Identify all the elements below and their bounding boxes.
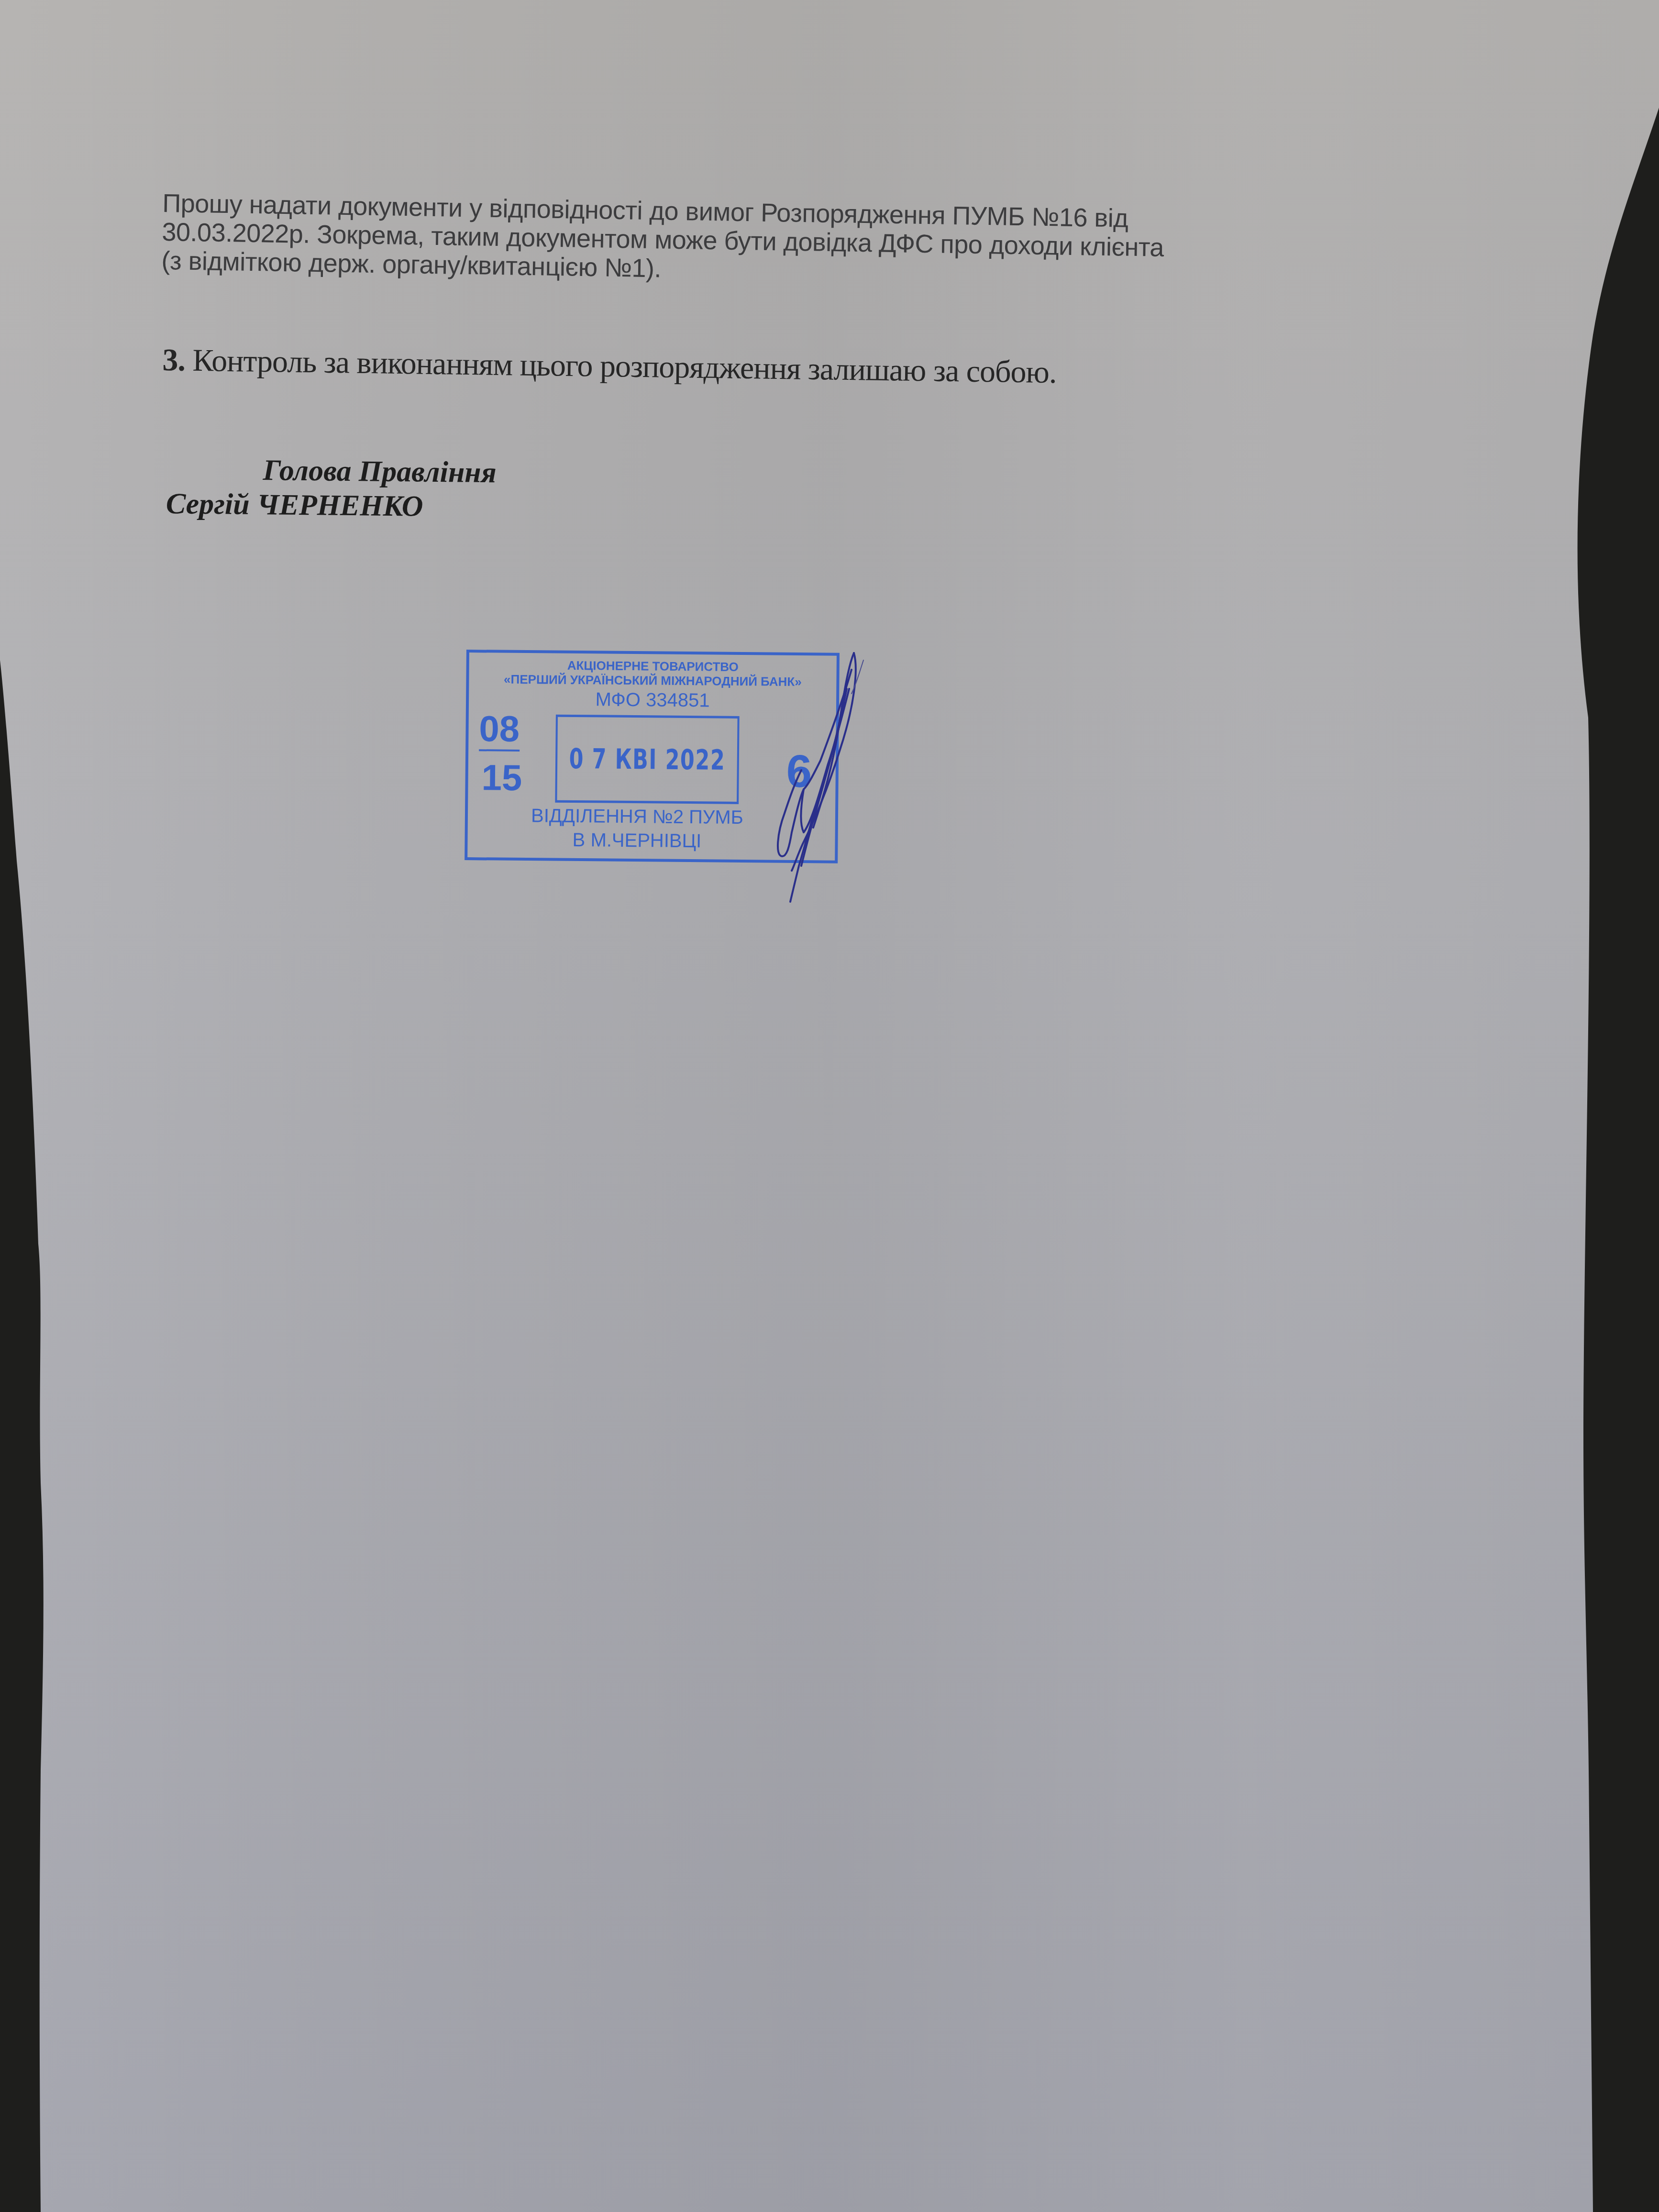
request-paragraph: Прошу надати документи у відповідності д… [161, 189, 1311, 293]
signatory-name: Сергій ЧЕРНЕНКО [166, 487, 496, 524]
signatory-title: Голова Правління [166, 452, 497, 490]
control-clause: 3. Контроль за виконанням цього розпоряд… [162, 342, 1057, 391]
clause-text: Контроль за виконанням цього розпоряджен… [185, 343, 1057, 390]
stamp-number-top: 08 [479, 711, 520, 752]
handwritten-signature [756, 641, 880, 909]
signature-block: Голова Правління Сергій ЧЕРНЕНКО [166, 452, 497, 524]
clause-number: 3. [162, 343, 186, 378]
document-content: Прошу надати документи у відповідності д… [0, 0, 1659, 2212]
stamp-number-bottom: 15 [481, 760, 522, 796]
stamp-date: 0 7 КВІ 2022 [555, 715, 739, 804]
